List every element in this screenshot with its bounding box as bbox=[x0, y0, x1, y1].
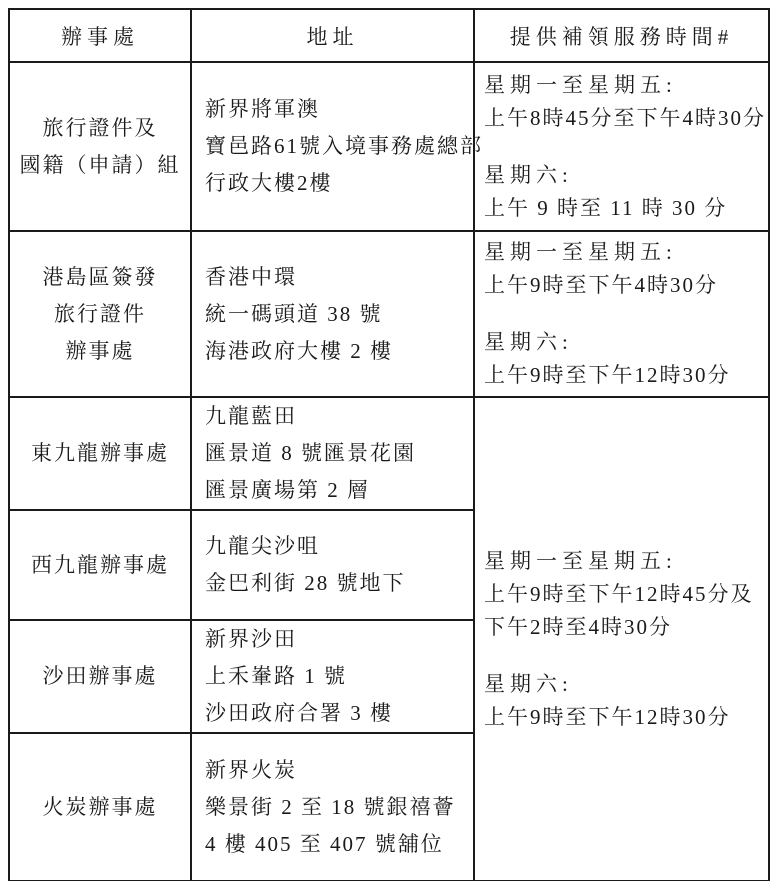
office-cell: 港島區簽發 旅行證件 辦事處 bbox=[9, 231, 191, 397]
saturday-time: 上午9時至下午12時30分 bbox=[484, 701, 764, 734]
address-line: 海港政府大樓 2 樓 bbox=[205, 333, 467, 370]
address-cell: 新界沙田 上禾輋路 1 號 沙田政府合署 3 樓 bbox=[191, 620, 474, 733]
office-cell: 沙田辦事處 bbox=[9, 620, 191, 733]
address-line: 新界火炭 bbox=[205, 752, 467, 789]
address-cell: 九龍尖沙咀 金巴利街 28 號地下 bbox=[191, 510, 474, 620]
address-line: 上禾輋路 1 號 bbox=[205, 658, 467, 695]
address-line: 匯景廣場第 2 層 bbox=[205, 472, 467, 509]
address-line: 金巴利街 28 號地下 bbox=[205, 565, 467, 602]
office-name-line: 辦事處 bbox=[10, 333, 190, 370]
office-cell: 西九龍辦事處 bbox=[9, 510, 191, 620]
merged-hours-cell: 星期一至星期五: 上午9時至下午12時45分及 下午2時至4時30分 星期六: … bbox=[474, 397, 769, 881]
address-cell: 香港中環 統一碼頭道 38 號 海港政府大樓 2 樓 bbox=[191, 231, 474, 397]
saturday-label: 星期六: bbox=[484, 326, 764, 359]
office-name-line: 火炭辦事處 bbox=[10, 789, 190, 826]
header-row: 辦事處 地址 提供補領服務時間# bbox=[9, 9, 769, 62]
row-hk-island-issuing-office: 港島區簽發 旅行證件 辦事處 香港中環 統一碼頭道 38 號 海港政府大樓 2 … bbox=[9, 231, 769, 397]
weekday-label: 星期一至星期五: bbox=[484, 69, 764, 102]
row-east-kowloon-office: 東九龍辦事處 九龍藍田 匯景道 8 號匯景花園 匯景廣場第 2 層 星期一至星期… bbox=[9, 397, 769, 510]
address-line: 樂景街 2 至 18 號銀禧薈 bbox=[205, 789, 467, 826]
address-line: 行政大樓2樓 bbox=[205, 165, 467, 202]
header-address: 地址 bbox=[191, 9, 474, 62]
address-line: 統一碼頭道 38 號 bbox=[205, 296, 467, 333]
weekday-time: 上午9時至下午4時30分 bbox=[484, 269, 764, 302]
office-cell: 東九龍辦事處 bbox=[9, 397, 191, 510]
saturday-time: 上午 9 時至 11 時 30 分 bbox=[484, 192, 764, 225]
address-cell: 新界火炭 樂景街 2 至 18 號銀禧薈 4 樓 405 至 407 號舖位 bbox=[191, 733, 474, 881]
address-line: 4 樓 405 至 407 號舖位 bbox=[205, 826, 467, 863]
office-name-line: 沙田辦事處 bbox=[10, 658, 190, 695]
weekday-label: 星期一至星期五: bbox=[484, 236, 764, 269]
saturday-label: 星期六: bbox=[484, 668, 764, 701]
weekday-label: 星期一至星期五: bbox=[484, 545, 764, 578]
address-line: 九龍尖沙咀 bbox=[205, 528, 467, 565]
office-name-line: 港島區簽發 bbox=[10, 259, 190, 296]
saturday-time: 上午9時至下午12時30分 bbox=[484, 359, 764, 392]
hours-gap bbox=[484, 302, 764, 326]
office-name-line: 西九龍辦事處 bbox=[10, 547, 190, 584]
weekday-time: 上午9時至下午12時45分及 bbox=[484, 578, 764, 611]
address-line: 沙田政府合署 3 樓 bbox=[205, 695, 467, 732]
address-cell: 九龍藍田 匯景道 8 號匯景花園 匯景廣場第 2 層 bbox=[191, 397, 474, 510]
row-travel-documents-nationality: 旅行證件及 國籍（申請）組 新界將軍澳 寶邑路61號入境事務處總部 行政大樓2樓… bbox=[9, 62, 769, 231]
header-office: 辦事處 bbox=[9, 9, 191, 62]
office-cell: 旅行證件及 國籍（申請）組 bbox=[9, 62, 191, 231]
replacement-service-hours-table: 辦事處 地址 提供補領服務時間# 旅行證件及 國籍（申請）組 新界將軍澳 寶邑路… bbox=[8, 8, 770, 881]
address-cell: 新界將軍澳 寶邑路61號入境事務處總部 行政大樓2樓 bbox=[191, 62, 474, 231]
office-name-line: 國籍（申請）組 bbox=[10, 147, 190, 184]
office-cell: 火炭辦事處 bbox=[9, 733, 191, 881]
saturday-label: 星期六: bbox=[484, 159, 764, 192]
header-service-hours: 提供補領服務時間# bbox=[474, 9, 769, 62]
address-line: 寶邑路61號入境事務處總部 bbox=[205, 128, 467, 165]
address-line: 九龍藍田 bbox=[205, 398, 467, 435]
address-line: 匯景道 8 號匯景花園 bbox=[205, 435, 467, 472]
hours-gap bbox=[484, 135, 764, 159]
address-line: 新界沙田 bbox=[205, 621, 467, 658]
hours-cell: 星期一至星期五: 上午9時至下午4時30分 星期六: 上午9時至下午12時30分 bbox=[474, 231, 769, 397]
office-name-line: 東九龍辦事處 bbox=[10, 435, 190, 472]
hours-cell: 星期一至星期五: 上午8時45分至下午4時30分 星期六: 上午 9 時至 11… bbox=[474, 62, 769, 231]
weekday-time: 上午8時45分至下午4時30分 bbox=[484, 102, 764, 135]
office-name-line: 旅行證件 bbox=[10, 296, 190, 333]
hours-gap bbox=[484, 644, 764, 668]
document-page: 辦事處 地址 提供補領服務時間# 旅行證件及 國籍（申請）組 新界將軍澳 寶邑路… bbox=[0, 0, 776, 881]
weekday-time: 下午2時至4時30分 bbox=[484, 611, 764, 644]
address-line: 香港中環 bbox=[205, 259, 467, 296]
address-line: 新界將軍澳 bbox=[205, 91, 467, 128]
office-name-line: 旅行證件及 bbox=[10, 110, 190, 147]
